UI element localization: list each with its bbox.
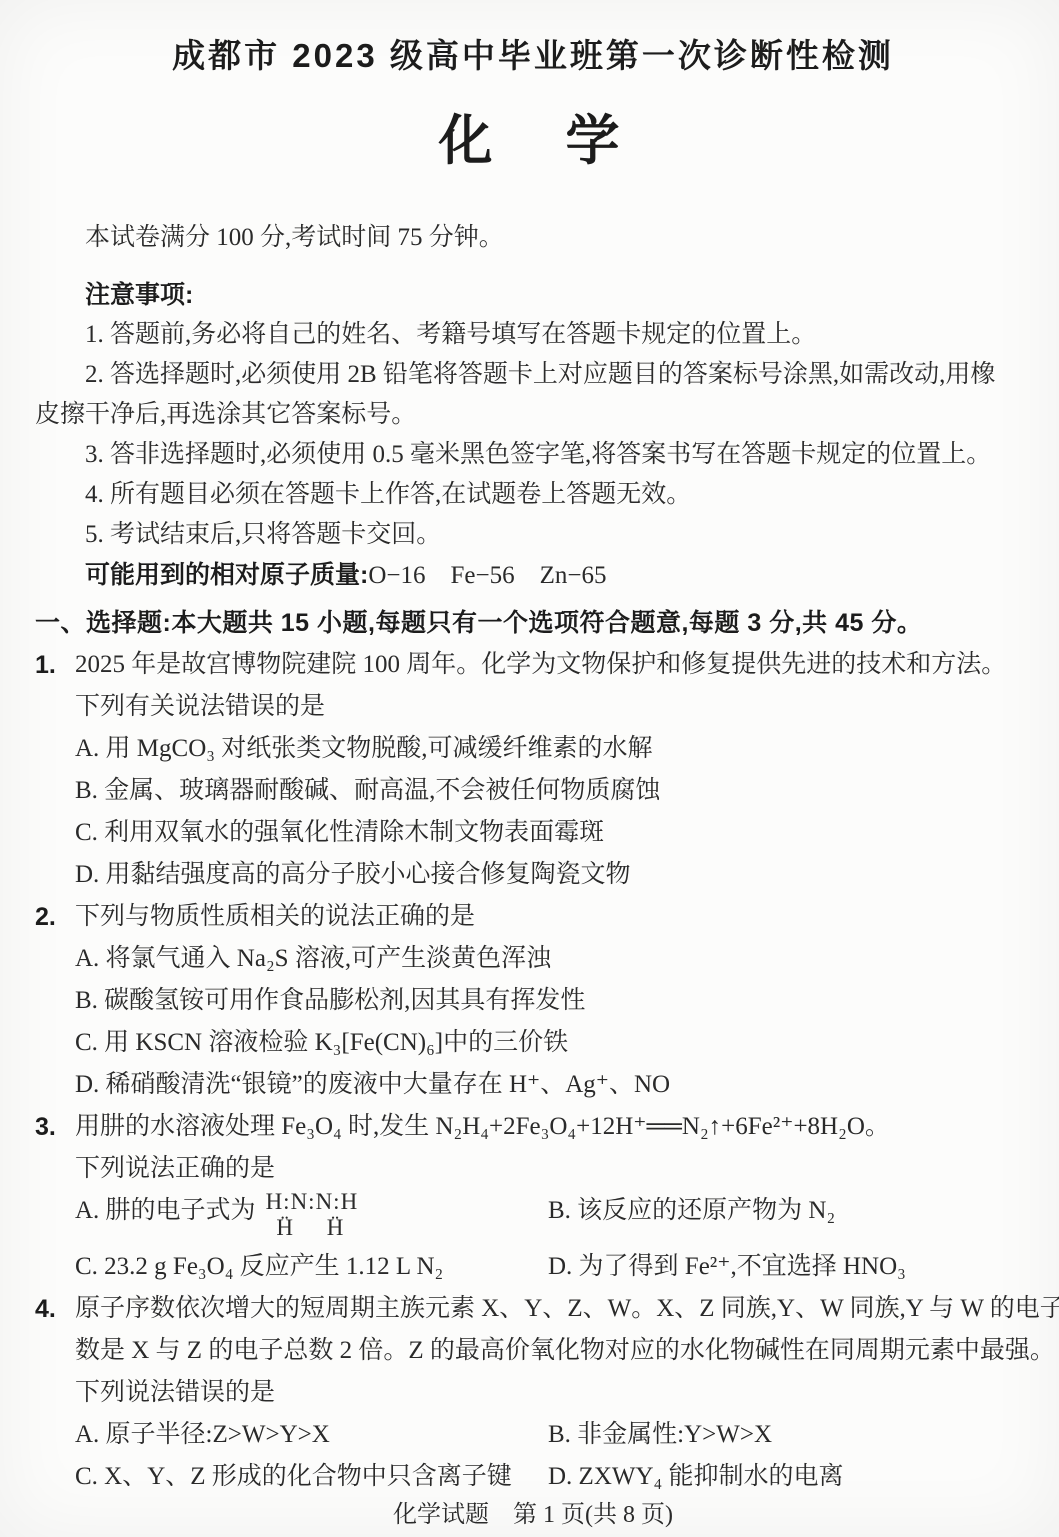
electron-formula-top-line: H:N:N:H xyxy=(266,1188,359,1216)
exam-info: 本试卷满分 100 分,考试时间 75 分钟。 xyxy=(35,218,1031,258)
question-3-option-row-cd: C. 23.2 g Fe₃O₄ 反应产生 1.12 L N₂ D. 为了得到 F… xyxy=(35,1246,1031,1288)
question-4: 4. 原子序数依次增大的短周期主族元素 X、Y、Z、W。X、Z 同族,Y、W 同… xyxy=(35,1288,1031,1330)
question-3-option-d: D. 为了得到 Fe²⁺,不宜选择 HNO₃ xyxy=(548,1246,1031,1288)
question-1-option-d: D. 用黏结强度高的高分子胶小心接合修复陶瓷文物 xyxy=(35,854,1031,896)
question-2-option-d: D. 稀硝酸清洗“银镜”的废液中大量存在 H⁺、Ag⁺、NO xyxy=(35,1064,1031,1106)
question-4-option-b: B. 非金属性:Y>W>X xyxy=(548,1414,1031,1456)
question-2: 2. 下列与物质性质相关的说法正确的是 xyxy=(35,896,1031,938)
question-4-option-c: C. X、Y、Z 形成的化合物中只含离子键 xyxy=(75,1456,548,1498)
question-4-option-a: A. 原子半径:Z>W>Y>X xyxy=(75,1414,548,1456)
question-1-option-b: B. 金属、玻璃器耐酸碱、耐高温,不会被任何物质腐蚀 xyxy=(35,770,1031,812)
question-3: 3. 用肼的水溶液处理 Fe₃O₄ 时,发生 N₂H₄+2Fe₃O₄+12H⁺═… xyxy=(35,1106,1031,1148)
question-1-stem-line-2: 下列有关说法错误的是 xyxy=(35,686,1031,728)
question-3-option-row-ab: A. 肼的电子式为H:N:N:HḦ Ḧ B. 该反应的还原产物为 N₂ xyxy=(35,1190,1031,1240)
question-1: 1. 2025 年是故宫博物院建院 100 周年。化学为文物保护和修复提供先进的… xyxy=(35,644,1031,686)
question-4-number: 4. xyxy=(35,1288,75,1330)
question-2-number: 2. xyxy=(35,896,75,938)
question-1-option-a: A. 用 MgCO₃ 对纸张类文物脱酸,可减缓纤维素的水解 xyxy=(35,728,1031,770)
notice-line-1: 1. 答题前,务必将自己的姓名、考籍号填写在答题卡规定的位置上。 xyxy=(35,315,1031,355)
atomic-mass-label: 可能用到的相对原子质量: xyxy=(85,561,368,589)
notice-line-5: 5. 考试结束后,只将答题卡交回。 xyxy=(35,515,1031,555)
question-2-option-b: B. 碳酸氢铵可用作食品膨松剂,因其具有挥发性 xyxy=(35,980,1031,1022)
question-4-stem-line-2: 数是 X 与 Z 的电子总数 2 倍。Z 的最高价氧化物对应的水化物碱性在同周期… xyxy=(35,1330,1031,1372)
question-3-option-b: B. 该反应的还原产物为 N₂ xyxy=(548,1190,1031,1232)
question-4-option-row-cd: C. X、Y、Z 形成的化合物中只含离子键 D. ZXWY₄ 能抑制水的电离 xyxy=(35,1456,1031,1498)
question-2-stem-line-1: 下列与物质性质相关的说法正确的是 xyxy=(75,896,1031,938)
question-4-stem-line-3: 下列说法错误的是 xyxy=(35,1372,1031,1414)
question-1-number: 1. xyxy=(35,644,75,686)
notice-line-2: 2. 答选择题时,必须使用 2B 铅笔将答题卡上对应题目的答案标号涂黑,如需改动… xyxy=(35,355,1031,395)
atomic-mass-line: 可能用到的相对原子质量:O−16 Fe−56 Zn−65 xyxy=(35,555,1031,596)
question-4-option-d: D. ZXWY₄ 能抑制水的电离 xyxy=(548,1456,1031,1498)
question-3-option-a: A. 肼的电子式为H:N:N:HḦ Ḧ xyxy=(75,1190,548,1240)
hydrazine-electron-formula: H:N:N:HḦ Ḧ xyxy=(266,1188,359,1240)
question-1-stem-line-1: 2025 年是故宫博物院建院 100 周年。化学为文物保护和修复提供先进的技术和… xyxy=(75,644,1031,686)
electron-formula-bottom-line: Ḧ Ḧ xyxy=(266,1216,359,1240)
notice-line-3: 3. 答非选择题时,必须使用 0.5 毫米黑色签字笔,将答案书写在答题卡规定的位… xyxy=(35,435,1031,475)
page-footer: 化学试题 第 1 页(共 8 页) xyxy=(35,1500,1031,1530)
question-3-option-a-text: A. 肼的电子式为 xyxy=(75,1197,256,1224)
notice-heading: 注意事项: xyxy=(35,275,1031,315)
exam-title: 成都市 2023 级高中毕业班第一次诊断性检测 xyxy=(35,36,1031,76)
question-4-option-row-ab: A. 原子半径:Z>W>Y>X B. 非金属性:Y>W>X xyxy=(35,1414,1031,1456)
question-3-number: 3. xyxy=(35,1106,75,1148)
atomic-mass-values: O−16 Fe−56 Zn−65 xyxy=(368,562,606,589)
exam-paper-page: 成都市 2023 级高中毕业班第一次诊断性检测 化 学 本试卷满分 100 分,… xyxy=(0,0,1059,1537)
question-4-stem-line-1: 原子序数依次增大的短周期主族元素 X、Y、Z、W。X、Z 同族,Y、W 同族,Y… xyxy=(75,1288,1059,1330)
notice-line-4: 4. 所有题目必须在答题卡上作答,在试题卷上答题无效。 xyxy=(35,475,1031,515)
question-3-stem-line-2: 下列说法正确的是 xyxy=(35,1148,1031,1190)
section-heading: 一、选择题:本大题共 15 小题,每题只有一个选项符合题意,每题 3 分,共 4… xyxy=(35,602,1031,644)
question-3-stem-line-1: 用肼的水溶液处理 Fe₃O₄ 时,发生 N₂H₄+2Fe₃O₄+12H⁺══N₂… xyxy=(75,1106,1031,1148)
subject-title: 化 学 xyxy=(35,110,1031,172)
question-2-option-a: A. 将氯气通入 Na₂S 溶液,可产生淡黄色浑浊 xyxy=(35,938,1031,980)
question-2-option-c: C. 用 KSCN 溶液检验 K₃[Fe(CN)₆]中的三价铁 xyxy=(35,1022,1031,1064)
notice-line-2-continuation: 皮擦干净后,再选涂其它答案标号。 xyxy=(35,395,1031,435)
question-3-option-c: C. 23.2 g Fe₃O₄ 反应产生 1.12 L N₂ xyxy=(75,1246,548,1288)
question-1-option-c: C. 利用双氧水的强氧化性清除木制文物表面霉斑 xyxy=(35,812,1031,854)
